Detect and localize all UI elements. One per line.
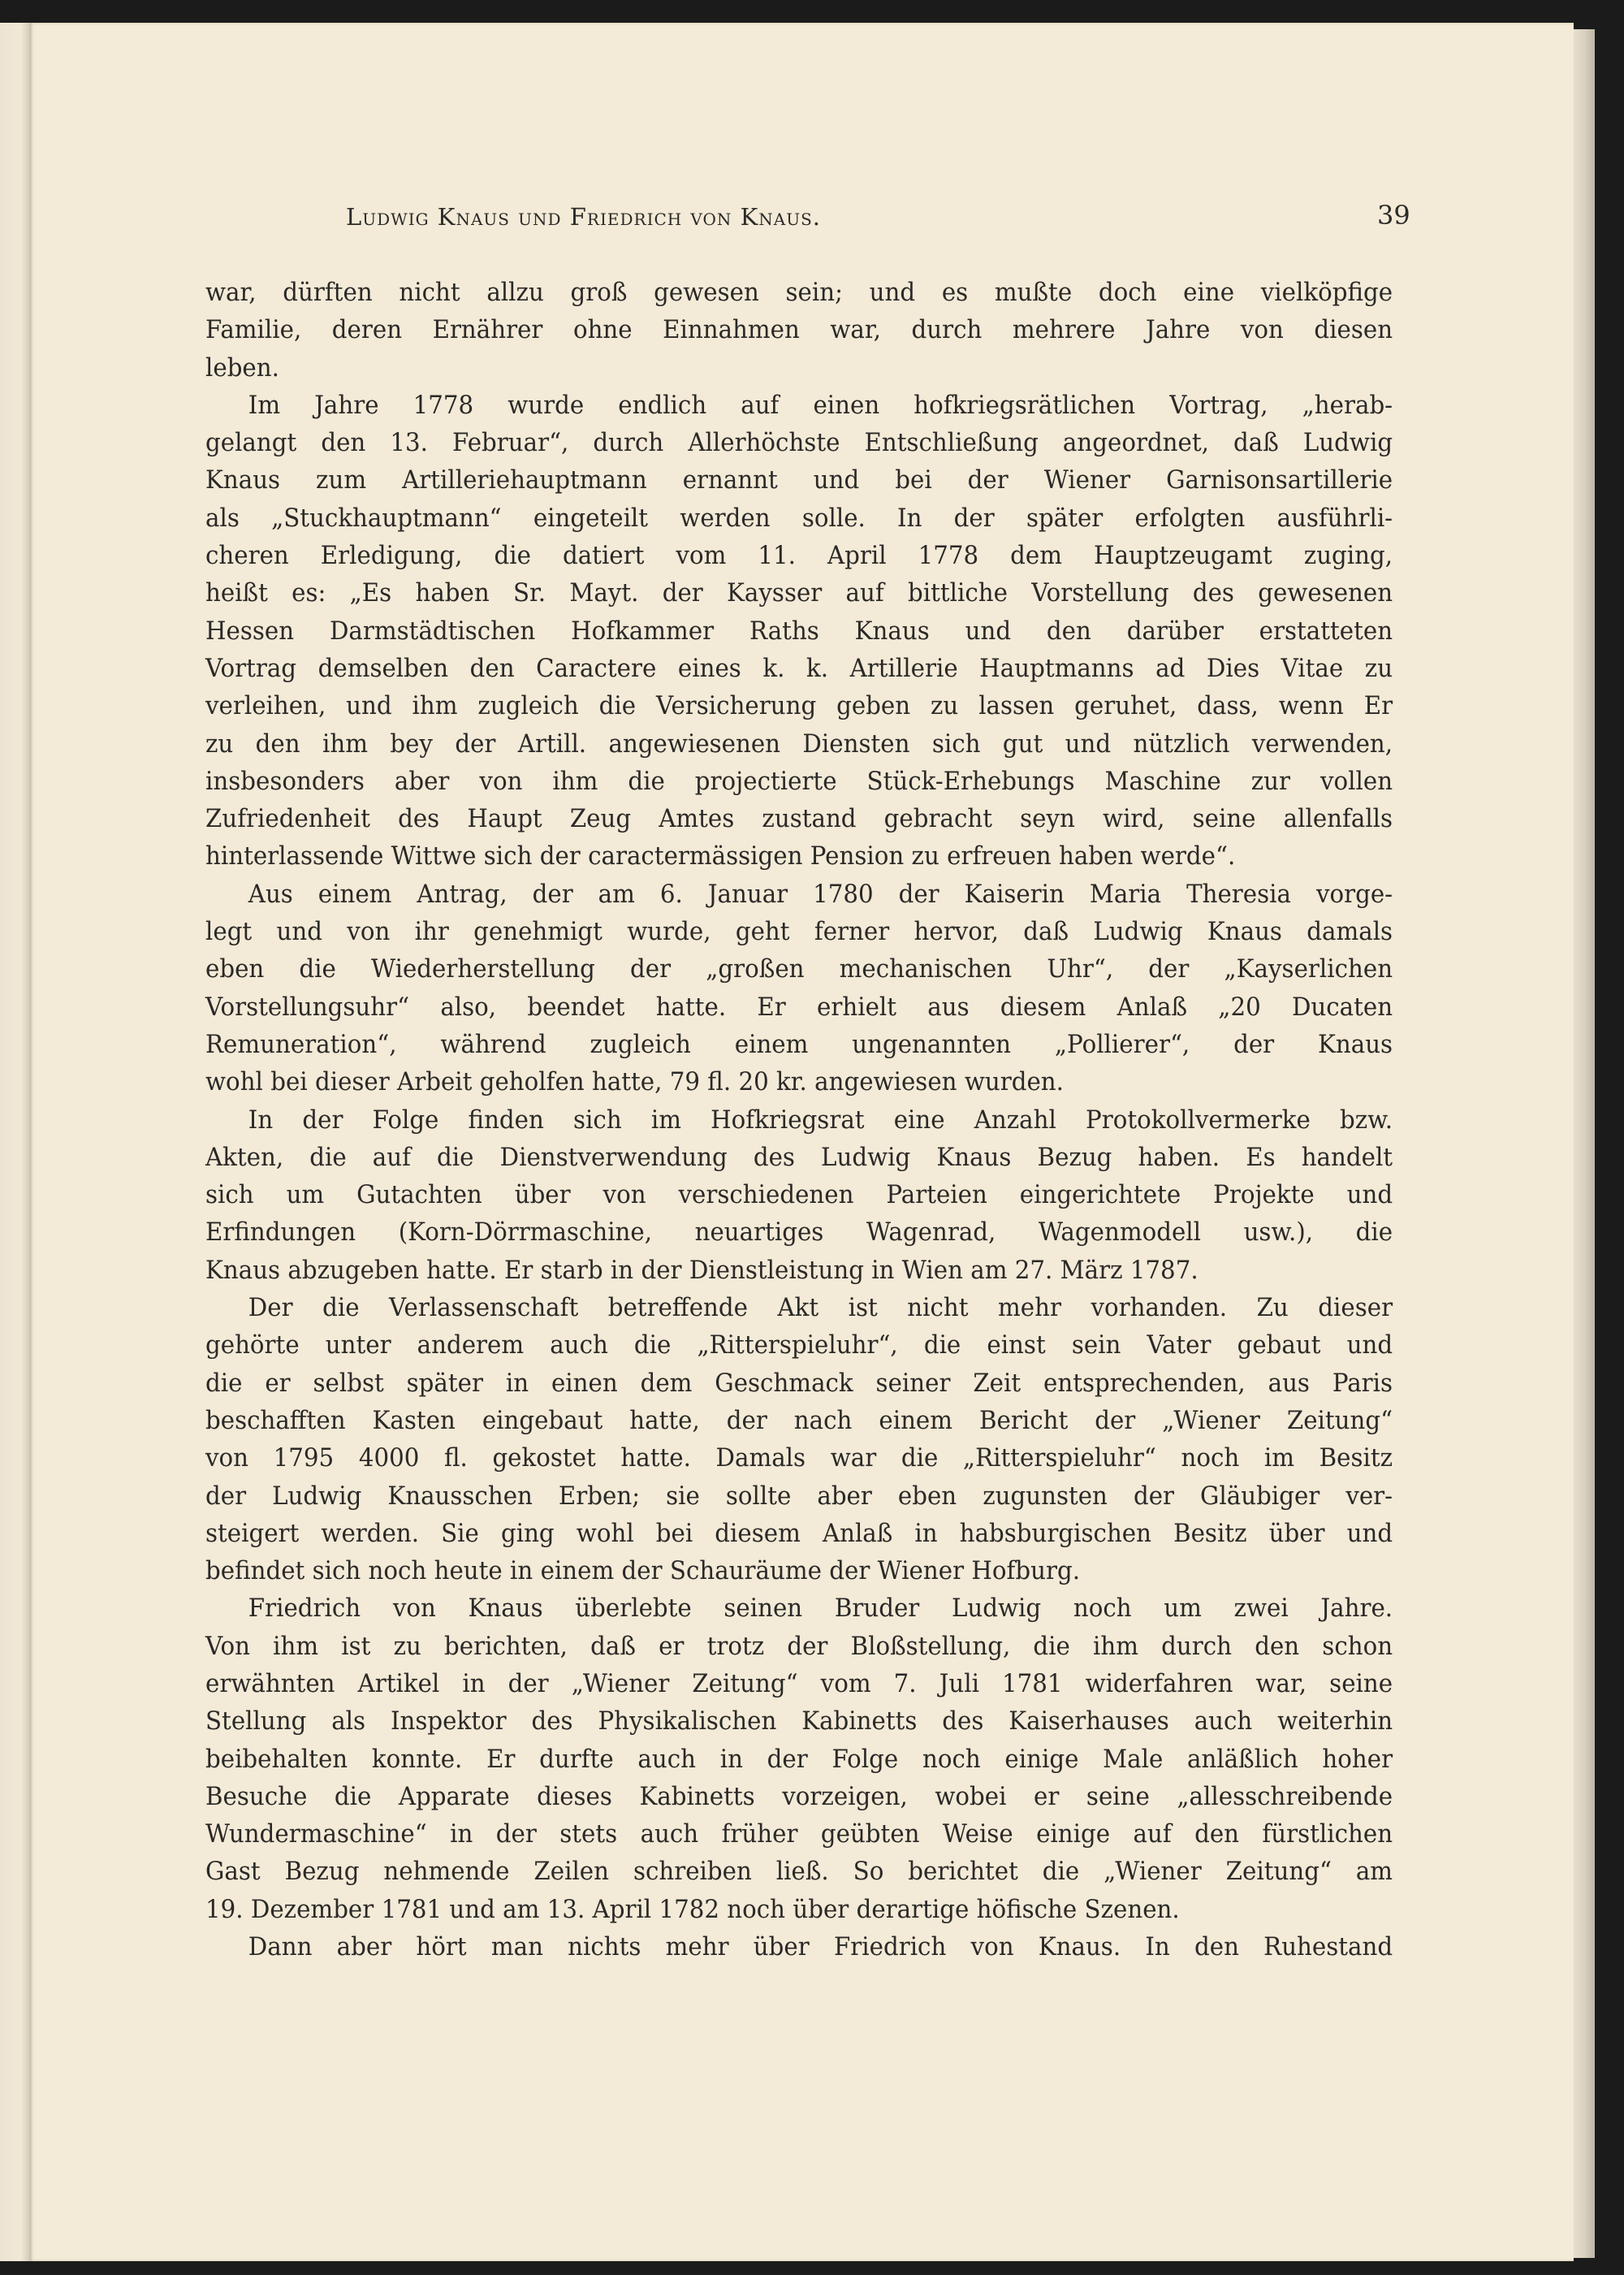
text-line: befindet sich noch heute in einem der Sc… [205,1553,1393,1590]
text-line: Aus einem Antrag, der am 6. Januar 1780 … [205,876,1393,914]
text-line: hinterlassende Wittwe sich der caracterm… [205,838,1393,876]
text-line: Remuneration“, während zugleich einem un… [205,1027,1393,1064]
text-line: die er selbst später in einen dem Geschm… [205,1365,1393,1403]
text-line: Knaus abzugeben hatte. Er starb in der D… [205,1252,1393,1290]
text-line: verleihen, und ihm zugleich die Versiche… [205,688,1393,725]
text-line: Gast Bezug nehmende Zeilen schreiben lie… [205,1853,1393,1891]
text-line: cheren Erledigung, die datiert vom 11. A… [205,538,1393,575]
text-line: Vortrag demselben den Caractere eines k.… [205,651,1393,688]
text-line: beschafften Kasten eingebaut hatte, der … [205,1403,1393,1440]
text-line: Im Jahre 1778 wurde endlich auf einen ho… [205,387,1393,425]
text-line: insbesonders aber von ihm die projectier… [205,763,1393,801]
text-line: heißt es: „Es haben Sr. Mayt. der Kaysse… [205,575,1393,612]
text-line: von 1795 4000 fl. gekostet hatte. Damals… [205,1440,1393,1477]
text-line: Besuche die Apparate dieses Kabinetts vo… [205,1779,1393,1816]
text-line: 19. Dezember 1781 und am 13. April 1782 … [205,1892,1393,1929]
text-line: gehörte unter anderem auch die „Rittersp… [205,1327,1393,1365]
text-line: war, dürften nicht allzu groß gewesen se… [205,275,1393,312]
text-line: Dann aber hört man nichts mehr über Frie… [205,1929,1393,1966]
text-line: legt und von ihr genehmigt wurde, geht f… [205,914,1393,951]
text-line: leben. [205,350,1393,387]
text-line: Familie, deren Ernährer ohne Einnahmen w… [205,312,1393,349]
text-line: als „Stuckhauptmann“ eingeteilt werden s… [205,500,1393,538]
text-line: Knaus zum Artilleriehauptmann ernannt un… [205,462,1393,500]
text-line: der Ludwig Knausschen Erben; sie sollte … [205,1478,1393,1516]
text-line: sich um Gutachten über von verschiedenen… [205,1177,1393,1214]
text-line: Von ihm ist zu berichten, daß er trotz d… [205,1628,1393,1666]
text-line: zu den ihm bey der Artill. angewiesenen … [205,726,1393,763]
text-line: Wundermaschine“ in der stets auch früher… [205,1816,1393,1853]
text-line: erwähnten Artikel in der „Wiener Zeitung… [205,1666,1393,1703]
text-line: Erfindungen (Korn-Dörrmaschine, neuartig… [205,1214,1393,1252]
text-line: Zufriedenheit des Haupt Zeug Amtes zusta… [205,801,1393,838]
text-line: Vorstellungsuhr“ also, beendet hatte. Er… [205,989,1393,1027]
text-line: wohl bei dieser Arbeit geholfen hatte, 7… [205,1064,1393,1101]
text-line: Der die Verlassenschaft betreffende Akt … [205,1290,1393,1327]
running-title: Ludwig Knaus und Friedrich von Knaus. [346,203,821,231]
page-stack-edge [1574,29,1595,2258]
text-line: steigert werden. Sie ging wohl bei diese… [205,1516,1393,1553]
adjacent-page-edge [0,23,29,2261]
page-number: 39 [1377,200,1410,231]
text-line: eben die Wiederherstellung der „großen m… [205,951,1393,988]
text-line: Friedrich von Knaus überlebte seinen Bru… [205,1590,1393,1628]
text-line: Hessen Darmstädtischen Hofkammer Raths K… [205,613,1393,651]
text-line: In der Folge finden sich im Hofkriegsrat… [205,1102,1393,1140]
text-line: Akten, die auf die Dienstverwendung des … [205,1140,1393,1177]
text-line: gelangt den 13. Februar“, durch Allerhöc… [205,425,1393,462]
body-text: war, dürften nicht allzu groß gewesen se… [205,275,1393,1966]
text-line: beibehalten konnte. Er durfte auch in de… [205,1741,1393,1779]
text-line: Stellung als Inspektor des Physikalische… [205,1703,1393,1741]
book-page: Ludwig Knaus und Friedrich von Knaus. 39… [29,23,1574,2261]
